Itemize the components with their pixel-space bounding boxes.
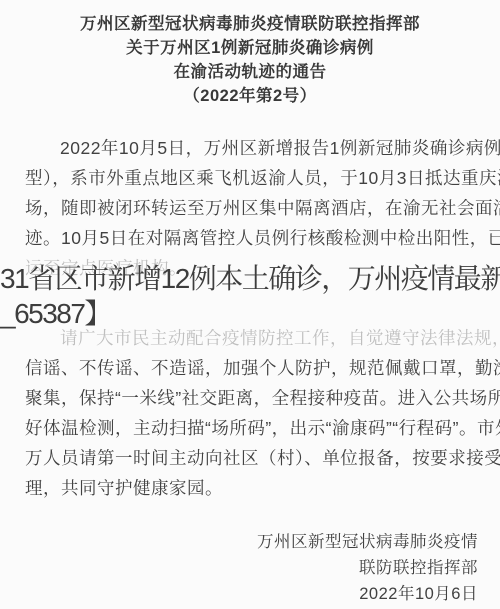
body-line: 好体温检测，主动扫描“场所码”，出示“渝康码”“行程码”。市外来万返 <box>25 413 480 443</box>
body-line: 聚集，保持“一米线”社交距离，全程接种疫苗。进入公共场所配合做 <box>25 383 480 413</box>
signature-line: 联防联控指挥部 <box>257 555 478 581</box>
notice-header-line: 关于万州区1例新冠肺炎确诊病例 <box>0 36 500 60</box>
body-line: 场，随即被闭环转运至万州区集中隔离酒店，在渝无社会面活动轨 <box>25 193 480 223</box>
page-title-line: _65387】 <box>0 296 500 331</box>
notice-signature: 万州区新型冠状病毒肺炎疫情 联防联控指挥部 2022年10月6日 <box>257 529 478 607</box>
page-title-overlay: 31省区市新增12例本土确诊，万州疫情最新 _65387】 <box>0 261 500 331</box>
body-line: 信谣、不传谣、不造谣，加强个人防护，规范佩戴口罩，勤洗手，少 <box>25 353 480 383</box>
body-line: 万人员请第一时间主动向社区（村）、单位报备，按要求接受健康管 <box>25 443 480 473</box>
body-line: 理，共同守护健康家园。 <box>25 473 480 503</box>
signature-line: 万州区新型冠状病毒肺炎疫情 <box>257 529 478 555</box>
notice-screenshot: 万州区新型冠状病毒肺炎疫情联防联控指挥部 关于万州区1例新冠肺炎确诊病例 在渝活… <box>0 0 500 609</box>
body-line: 2022年10月5日，万州区新增报告1例新冠肺炎确诊病例（轻 <box>25 133 480 163</box>
page-title-line: 31省区市新增12例本土确诊，万州疫情最新 <box>0 261 500 296</box>
notice-header-line: 在渝活动轨迹的通告 <box>0 60 500 84</box>
notice-header: 万州区新型冠状病毒肺炎疫情联防联控指挥部 关于万州区1例新冠肺炎确诊病例 在渝活… <box>0 12 500 108</box>
body-line: 型），系市外重点地区乘飞机返渝人员，于10月3日抵达重庆江北机 <box>25 163 480 193</box>
notice-header-line: 万州区新型冠状病毒肺炎疫情联防联控指挥部 <box>0 12 500 36</box>
body-line: 迹。10月5日在对隔离管控人员例行核酸检测中检出阳性，已闭环转 <box>25 223 480 253</box>
signature-line: 2022年10月6日 <box>257 581 478 607</box>
notice-header-line: （2022年第2号） <box>0 84 500 108</box>
